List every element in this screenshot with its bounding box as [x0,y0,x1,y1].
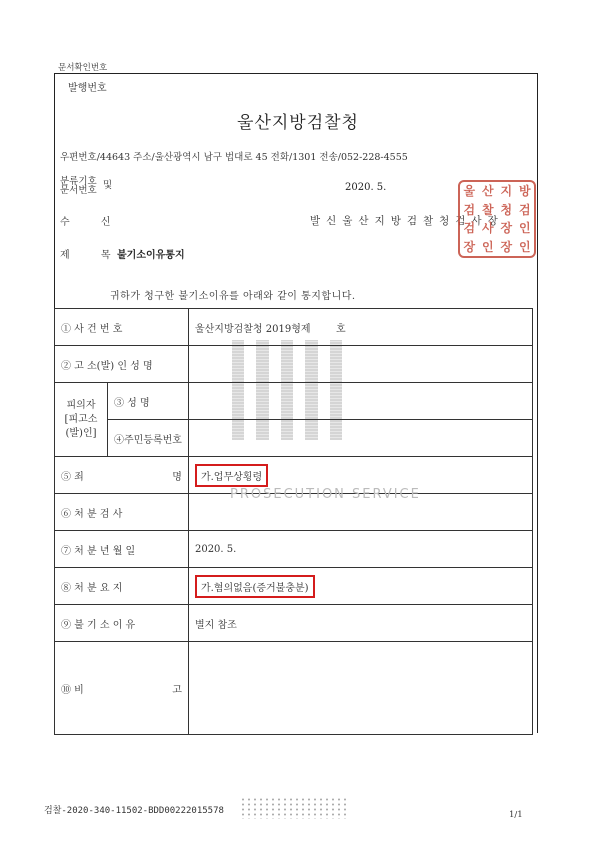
row-label-resident-number: ④주민등록번호 [108,420,189,457]
table-row: ④주민등록번호 [55,420,533,457]
row-label-suspect-name: ③ 성 명 [108,383,189,420]
table-row: ⑨ 불 기 소 이 유 별지 참조 [55,605,533,642]
table-row: ② 고 소(발) 인 성 명 [55,346,533,383]
seal-character: 사 [479,219,498,238]
dot-barcode [240,797,350,819]
seal-character: 검 [460,219,479,238]
table-row: ⑦ 처 분 년 월 일 2020. 5. [55,531,533,568]
subject-label: 제 목 [60,246,125,261]
classification-label-line2: 문서번호 [60,186,97,195]
document-check-number-label: 문서확인번호 [58,61,107,73]
classification-label: 분류기호 문서번호 [60,177,97,195]
seal-character: 인 [479,238,498,257]
seal-character: 장 [497,219,516,238]
suspect-group-label: 피의자 [피고소(발)인] [55,383,108,457]
row-value-disposition-date: 2020. 5. [188,531,532,568]
table-row: ⑧ 처 분 요 지 가.혐의없음(증거불충분) [55,568,533,605]
row-value-complainant [188,346,532,383]
row-value-disposition-summary: 가.혐의없음(증거불충분) [188,568,532,605]
classification-and: 및 [103,177,112,191]
seal-character: 지 [497,182,516,201]
seal-character: 장 [497,238,516,257]
official-seal-stamp: 울산지방검찰청검검사장인장인장인 [458,180,536,258]
footer-document-code: 검찰-2020-340-11502-BDD00222015578 [44,803,224,816]
issue-date: 2020. 5. [345,182,386,193]
row-label-case-number: ① 사 건 번 호 [55,309,189,346]
seal-character: 장 [460,238,479,257]
seal-character: 찰 [479,201,498,220]
row-label-disposition-date: ⑦ 처 분 년 월 일 [55,531,189,568]
recipient-label: 수 신 [60,213,125,228]
seal-character: 방 [516,182,535,201]
row-value-resident-number [188,420,532,457]
row-value-remarks [188,642,532,735]
table-row: ⑩ 비고 [55,642,533,735]
seal-character: 검 [460,201,479,220]
row-label-prosecutor: ⑥ 처 분 검 사 [55,494,189,531]
watermark-text: PROSECUTION SERVICE [230,487,421,502]
accused-label: [피고소(발)인] [57,413,105,441]
seal-character: 산 [479,182,498,201]
row-label-complainant: ② 고 소(발) 인 성 명 [55,346,189,383]
notice-text: 귀하가 청구한 불기소이유를 아래와 같이 통지합니다. [110,287,356,302]
address-line: 우편번호/44643 주소/울산광역시 남구 법대로 45 전화/1301 전송… [60,149,408,163]
highlighted-charge: 가.업무상횡령 [195,464,268,487]
table-row: 피의자 [피고소(발)인] ③ 성 명 [55,383,533,420]
row-label-charge: ⑤ 죄명 [55,457,189,494]
seal-character: 인 [516,238,535,257]
row-label-non-indictment-reason: ⑨ 불 기 소 이 유 [55,605,189,642]
page-number: 1/1 [509,810,523,820]
row-value-case-number: 울산지방검찰청 2019형제 호 [188,309,532,346]
seal-character: 검 [516,201,535,220]
seal-character: 청 [497,201,516,220]
suspect-label: 피의자 [57,399,105,413]
table-row: ① 사 건 번 호 울산지방검찰청 2019형제 호 [55,309,533,346]
remarks-label-left: ⑩ 비 [61,681,84,696]
notice-table: ① 사 건 번 호 울산지방검찰청 2019형제 호 ② 고 소(발) 인 성 … [54,308,533,735]
row-value-non-indictment-reason: 별지 참조 [188,605,532,642]
charge-label-left: ⑤ 죄 [61,468,84,483]
subject-value: 불기소이유통지 [117,246,185,261]
row-label-remarks: ⑩ 비고 [55,642,189,735]
row-label-disposition-summary: ⑧ 처 분 요 지 [55,568,189,605]
row-value-suspect-name [188,383,532,420]
agency-title: 울산지방검찰청 [0,108,596,133]
highlighted-disposition: 가.혐의없음(증거불충분) [195,575,315,598]
charge-label-right: 명 [172,468,182,483]
seal-character: 울 [460,182,479,201]
seal-character: 인 [516,219,535,238]
remarks-label-right: 고 [172,681,182,696]
issue-number-label: 발행번호 [68,79,107,94]
